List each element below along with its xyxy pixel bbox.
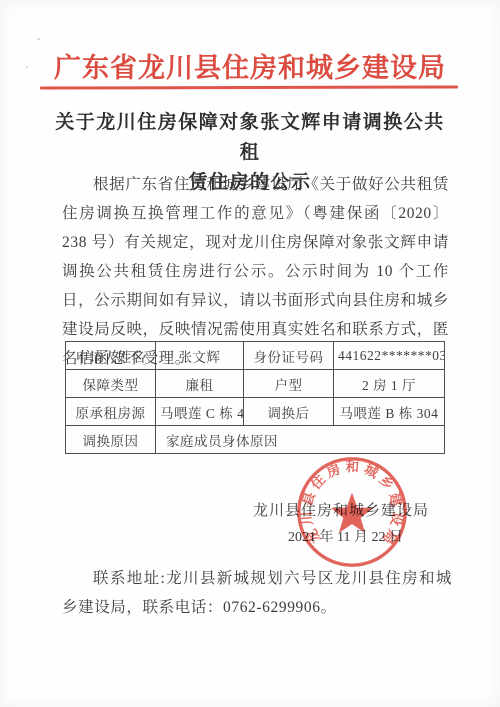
table-row-housing-source: 原承租房源 马喂莲 C 栋 406 调换后 马喂莲 B 栋 304 xyxy=(66,398,445,426)
cell-applicant-name-value: 张文辉 xyxy=(156,342,244,370)
table-row-applicant: 申请人姓名 张文辉 身份证号码 441622*******0318 xyxy=(66,342,445,370)
signature-date: 2021 年 11 月 22 日 xyxy=(268,526,423,546)
cell-guarantee-type-value: 廉租 xyxy=(156,370,244,398)
cell-exchange-reason-value: 家庭成员身体原因 xyxy=(156,426,445,454)
cell-after-exchange-value: 马喂莲 B 栋 304 xyxy=(334,398,445,426)
header-divider-rule xyxy=(40,85,458,89)
issuing-authority-header: 广东省龙川县住房和城乡建设局 xyxy=(0,46,500,85)
table-row-guarantee-type: 保障类型 廉租 户型 2 房 1 厅 xyxy=(66,370,445,398)
cell-original-housing-label: 原承租房源 xyxy=(66,398,156,426)
cell-after-exchange-label: 调换后 xyxy=(244,398,334,426)
cell-exchange-reason-label: 调换原因 xyxy=(66,426,156,454)
signature-org-name: 龙川县住房和城乡建设局 xyxy=(253,499,428,520)
public-notice-document: 广东省龙川县住房和城乡建设局 关于龙川住房保障对象张文辉申请调换公共租 赁住房的… xyxy=(0,0,500,707)
cell-id-number-value: 441622*******0318 xyxy=(334,342,445,370)
table-row-exchange-reason: 调换原因 家庭成员身体原因 xyxy=(66,426,445,454)
cell-original-housing-value: 马喂莲 C 栋 406 xyxy=(156,398,244,426)
scan-speck xyxy=(37,38,40,40)
cell-unit-type-value: 2 房 1 厅 xyxy=(334,370,445,398)
cell-unit-type-label: 户型 xyxy=(244,370,334,398)
cell-id-number-label: 身份证号码 xyxy=(244,342,334,370)
cell-guarantee-type-label: 保障类型 xyxy=(66,370,156,398)
applicant-info-table: 申请人姓名 张文辉 身份证号码 441622*******0318 保障类型 廉… xyxy=(65,341,445,454)
notice-title-line1: 关于龙川住房保障对象张文辉申请调换公共租 xyxy=(50,108,450,168)
cell-applicant-name-label: 申请人姓名 xyxy=(66,342,156,370)
contact-info: 联系地址:龙川县新城规划六号区龙川县住房和城乡建设局，联系电话：0762-629… xyxy=(62,564,452,622)
